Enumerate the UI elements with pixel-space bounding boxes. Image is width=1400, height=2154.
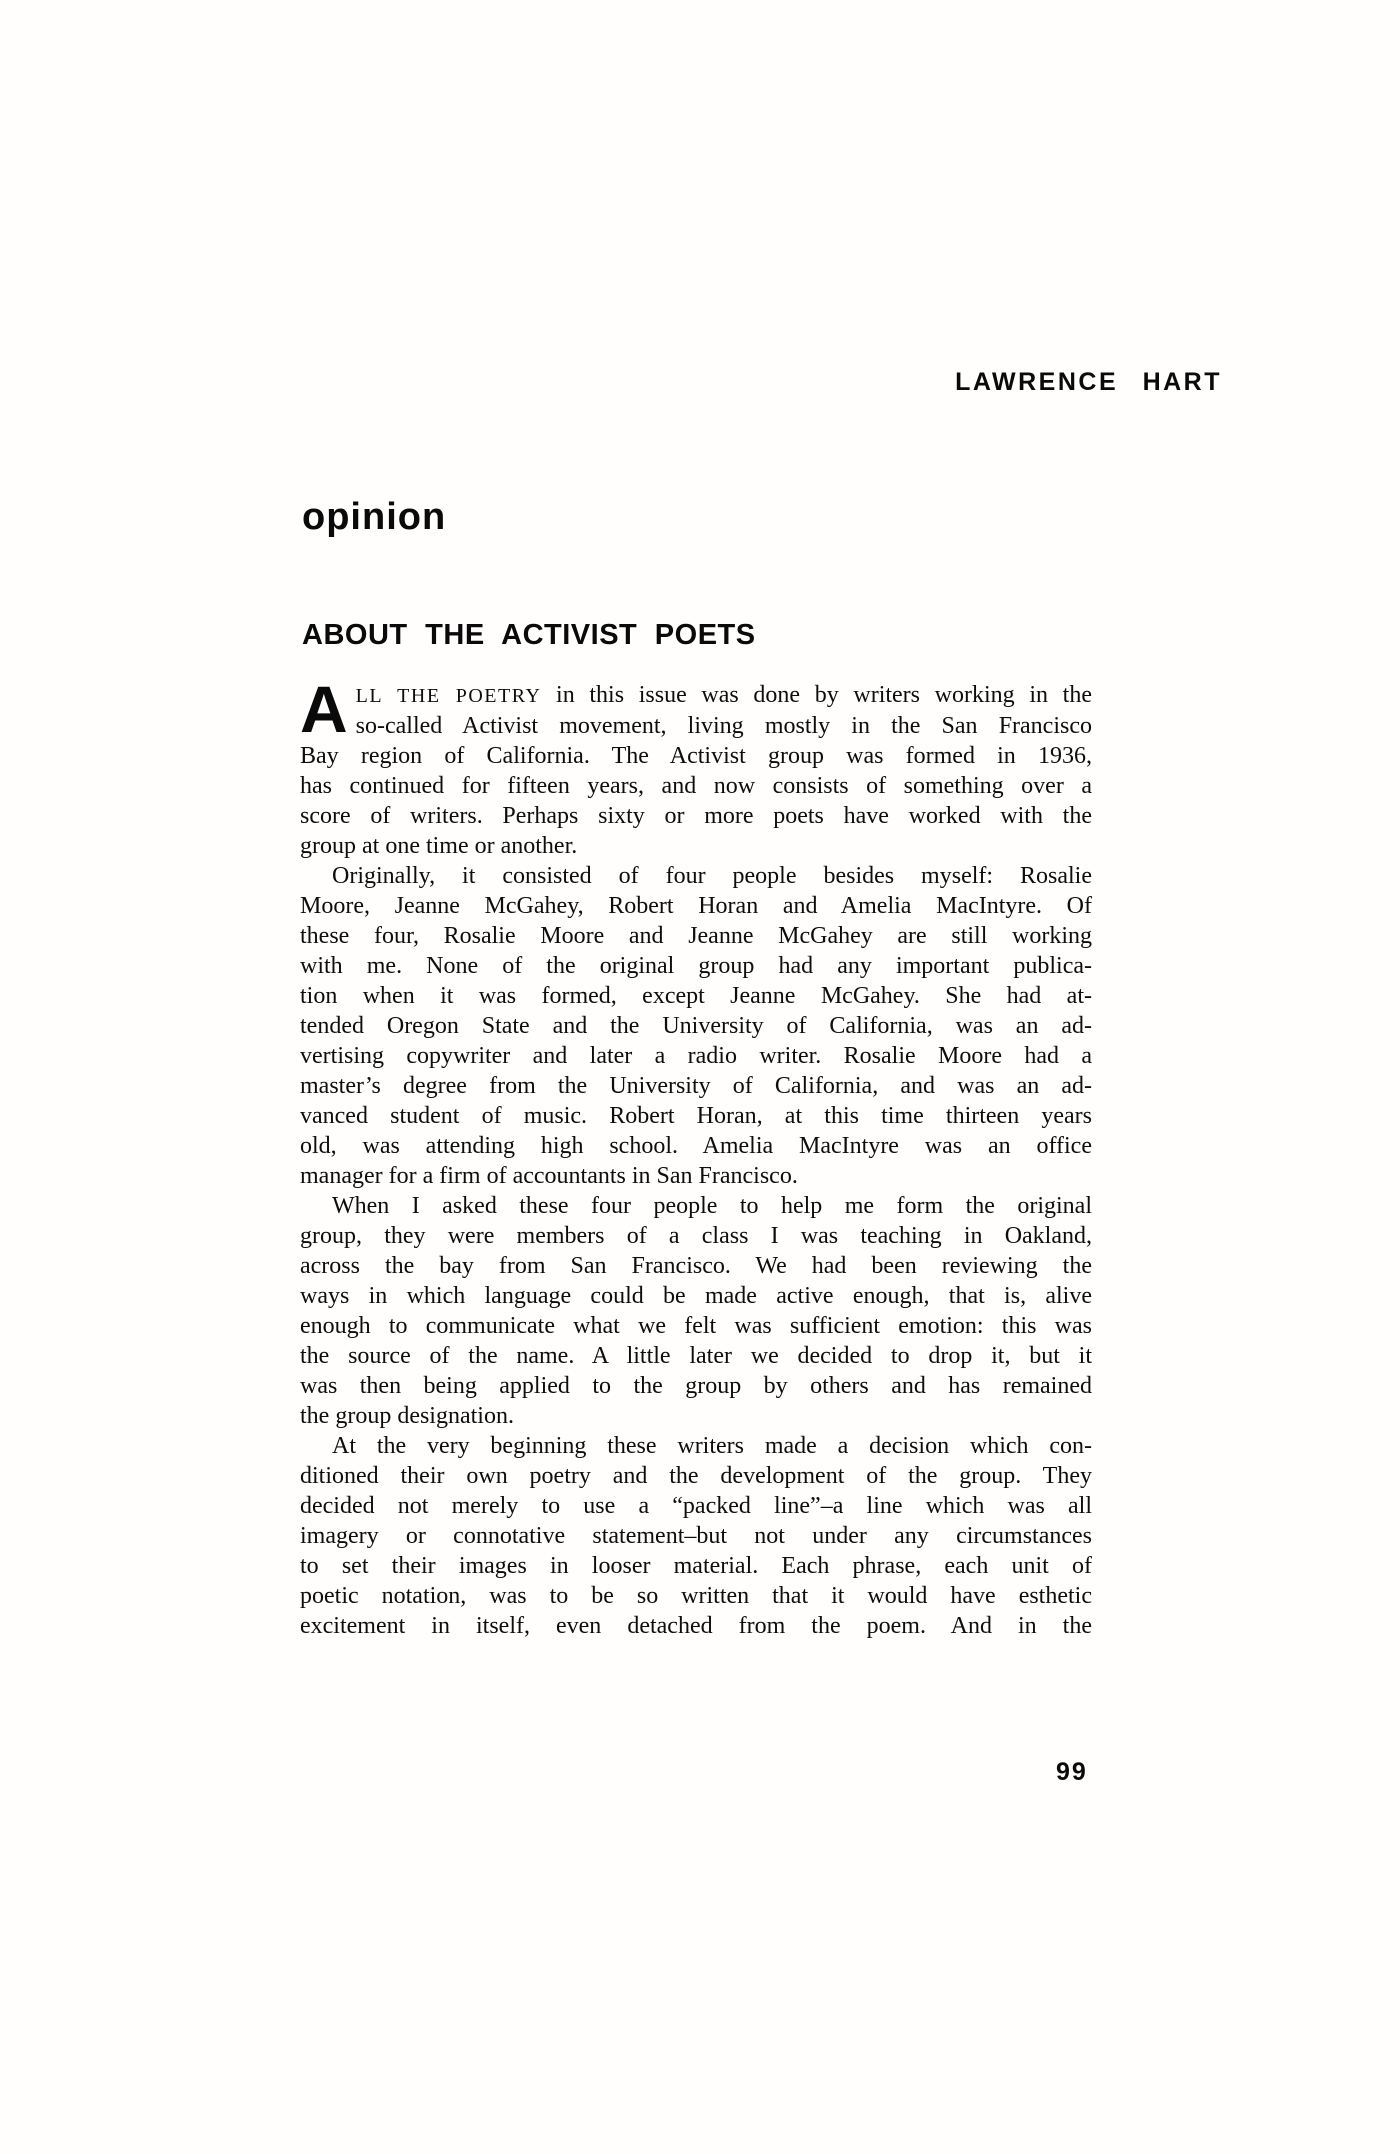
- text-line: vanced student of music. Robert Horan, a…: [300, 1101, 1092, 1131]
- text-line: the source of the name. A little later w…: [300, 1341, 1092, 1371]
- text-line: was then being applied to the group by o…: [300, 1371, 1092, 1401]
- small-caps-lead: LL THE POETRY: [356, 685, 542, 707]
- text-line: master’s degree from the University of C…: [300, 1071, 1092, 1101]
- paragraph: When I asked these four people to help m…: [300, 1191, 1092, 1431]
- text-line: group, they were members of a class I wa…: [300, 1221, 1092, 1251]
- text-line: When I asked these four people to help m…: [300, 1191, 1092, 1221]
- text-line: group at one time or another.: [300, 831, 1092, 861]
- text-line: these four, Rosalie Moore and Jeanne McG…: [300, 921, 1092, 951]
- text-line: At the very beginning these writers made…: [300, 1431, 1092, 1461]
- text-line: manager for a firm of accountants in San…: [300, 1161, 1092, 1191]
- article-title: ABOUT THE ACTIVIST POETS: [302, 621, 756, 650]
- article-body: A LL THE POETRY in this issue was done b…: [300, 680, 1092, 1641]
- text-line: imagery or connotative statement–but not…: [300, 1521, 1092, 1551]
- text-line: old, was attending high school. Amelia M…: [300, 1131, 1092, 1161]
- text-line: score of writers. Perhaps sixty or more …: [300, 801, 1092, 831]
- text-line: tion when it was formed, except Jeanne M…: [300, 981, 1092, 1011]
- text-line: excitement in itself, even detached from…: [300, 1611, 1092, 1641]
- paragraph: At the very beginning these writers made…: [300, 1431, 1092, 1641]
- document-page: LAWRENCE HART opinion ABOUT THE ACTIVIST…: [0, 0, 1400, 2154]
- text-line: ditioned their own poetry and the develo…: [300, 1461, 1092, 1491]
- text-line: enough to communicate what we felt was s…: [300, 1311, 1092, 1341]
- section-label: opinion: [302, 498, 446, 536]
- text-line: to set their images in looser material. …: [300, 1551, 1092, 1581]
- text-line: vertising copywriter and later a radio w…: [300, 1041, 1092, 1071]
- text-line: so-called Activist movement, living most…: [300, 711, 1092, 741]
- text-line: ways in which language could be made act…: [300, 1281, 1092, 1311]
- drop-cap: A: [300, 680, 356, 736]
- author-byline: LAWRENCE HART: [955, 370, 1222, 395]
- text-line: Originally, it consisted of four people …: [300, 861, 1092, 891]
- text-line: poetic notation, was to be so written th…: [300, 1581, 1092, 1611]
- text-line: across the bay from San Francisco. We ha…: [300, 1251, 1092, 1281]
- text-line-rest: in this issue was done by writers workin…: [541, 682, 1092, 708]
- text-line: with me. None of the original group had …: [300, 951, 1092, 981]
- text-line: the group designation.: [300, 1401, 1092, 1431]
- text-line: decided not merely to use a “packed line…: [300, 1491, 1092, 1521]
- paragraph: A LL THE POETRY in this issue was done b…: [300, 680, 1092, 861]
- text-line: tended Oregon State and the University o…: [300, 1011, 1092, 1041]
- text-line: Bay region of California. The Activist g…: [300, 741, 1092, 771]
- text-line: has continued for fifteen years, and now…: [300, 771, 1092, 801]
- text-line: Moore, Jeanne McGahey, Robert Horan and …: [300, 891, 1092, 921]
- page-number: 99: [1056, 1760, 1088, 1785]
- paragraph: Originally, it consisted of four people …: [300, 861, 1092, 1191]
- text-line: LL THE POETRY in this issue was done by …: [300, 680, 1092, 711]
